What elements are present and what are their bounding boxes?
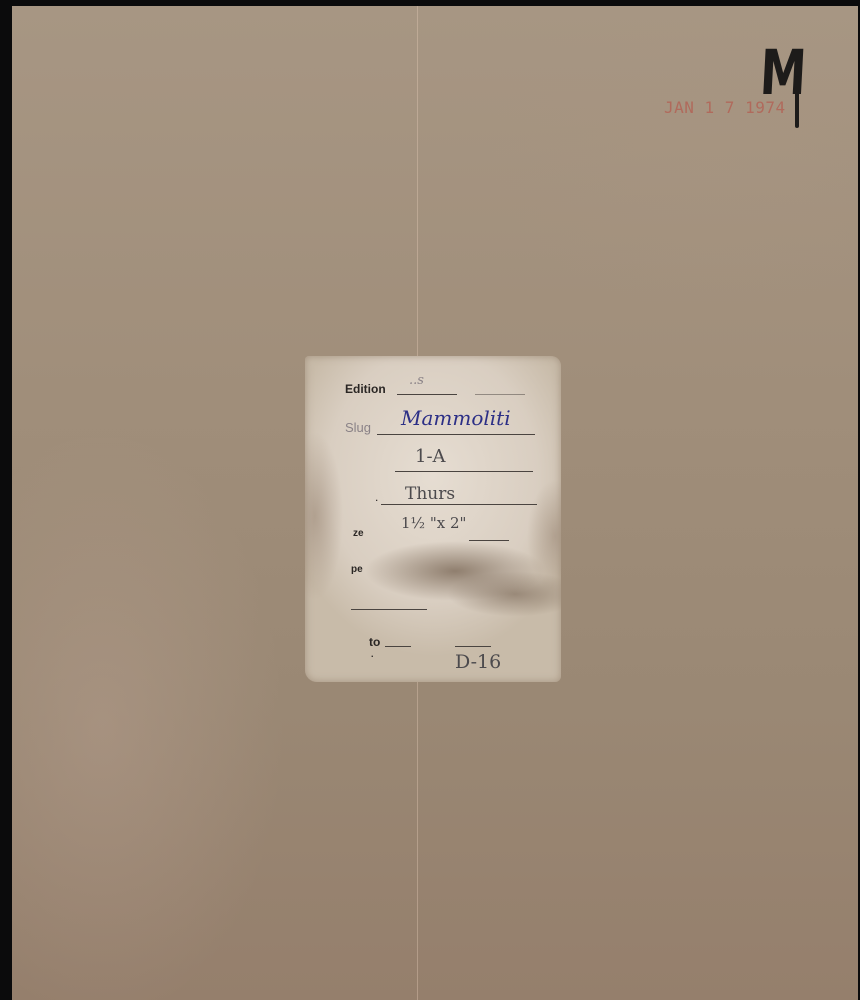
handwritten-slug: Mammoliti bbox=[401, 406, 511, 430]
day-rule bbox=[381, 504, 537, 505]
label-edition: Edition bbox=[345, 382, 386, 396]
label-slug: Slug bbox=[345, 420, 371, 435]
edition-rule bbox=[397, 394, 457, 395]
label-date-fragment: . bbox=[375, 490, 378, 504]
corner-mark-stroke bbox=[795, 76, 799, 128]
date-stamp: JAN 1 7 1974 bbox=[664, 98, 786, 117]
label-type-fragment: pe bbox=[351, 564, 363, 575]
handwritten-size: 1½ "x 2" bbox=[401, 514, 466, 532]
handwritten-edition: ..s bbox=[409, 373, 424, 388]
slug-rule bbox=[377, 434, 535, 435]
photo-label-slip: Edition ..s Slug Mammoliti 1-A . Thurs z… bbox=[305, 356, 561, 682]
edition-rule-2 bbox=[475, 394, 525, 395]
size-rule bbox=[469, 540, 509, 541]
handwritten-code: D-16 bbox=[455, 651, 501, 673]
type-rule bbox=[351, 609, 427, 610]
handwritten-page: 1-A bbox=[415, 446, 446, 467]
handwritten-day: Thurs bbox=[405, 484, 455, 504]
to-rule-2 bbox=[455, 646, 491, 647]
page-rule bbox=[395, 471, 533, 472]
photo-back-paper: M JAN 1 7 1974 Edition ..s Slug Mammolit… bbox=[12, 6, 858, 1000]
to-rule bbox=[385, 646, 411, 647]
label-to: to bbox=[369, 635, 380, 649]
label-size-fragment: ze bbox=[353, 528, 364, 539]
label-bottom-fragment: . bbox=[371, 649, 374, 659]
